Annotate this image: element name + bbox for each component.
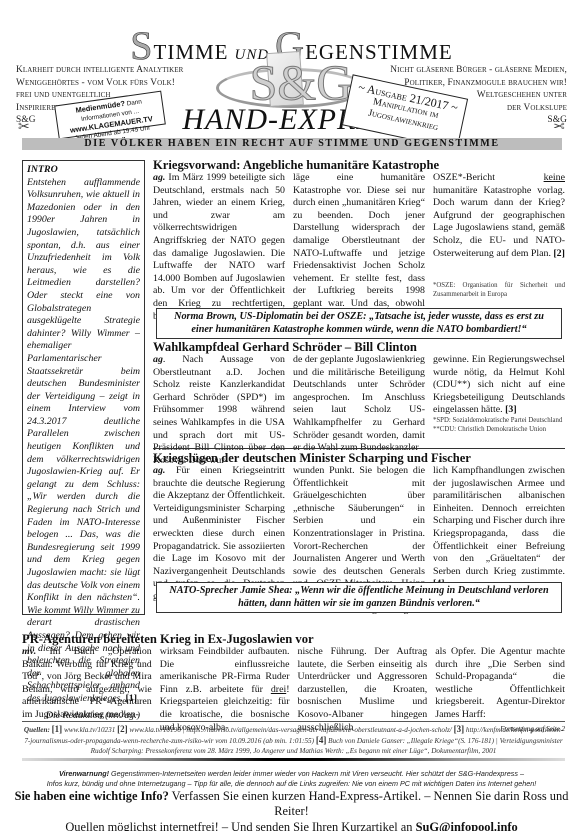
author-initials: ag. (153, 465, 165, 476)
column-text: humanitäre Katastrophe vorlag. Doch waru… (433, 185, 565, 259)
virus-warning-line2: Infos kurz, bündig und ohne Internetzuga… (0, 779, 583, 789)
masthead: StimmeundGegenstimme Klarheit durch inte… (0, 0, 583, 150)
ref-marker: [3] (505, 404, 517, 415)
article-headline: PR-Agenturen bereiteten Krieg in Ex-Jugo… (22, 632, 565, 646)
article-columns: ag. Im März 1999 beteiligte sich Deutsch… (153, 172, 565, 323)
emphasis-text: keine (544, 172, 565, 183)
scissors-icon: ✂ (553, 119, 565, 136)
footnote: **CDU: Christlich Demokratische Union (433, 426, 565, 435)
quote-box-brown: Norma Brown, US-Diplomatin bei der OSZE:… (156, 308, 562, 339)
intro-heading: INTRO (27, 164, 140, 177)
virus-warning-label: Virenwarnung! (59, 769, 109, 778)
contact-email-link[interactable]: SuG@infopool.info (416, 820, 518, 831)
intro-text-wrap: Entstehen aufflammende Volksunruhen, wie… (27, 177, 140, 706)
column-text: Im März 1999 beteiligte sich Deutschland… (153, 172, 285, 322)
sources-block: Quellen: [1] www.kla.tv/10231 [2] www.kl… (22, 724, 565, 756)
article-kriegsvorwand: Kriegsvorwand: Angebliche humanitäre Kat… (153, 158, 565, 323)
scissors-icon: ✂ (18, 119, 30, 136)
article-column: OSZE*-Bericht keine humanitäre Katastrop… (433, 172, 565, 323)
call-bold: Sie haben eine wichtige Info? (15, 789, 169, 803)
call-text: Verfassen Sie einen kurzen Hand-Express-… (169, 789, 569, 818)
virus-warning-text: Gegenstimmen-Internetseiten werden leide… (109, 769, 524, 778)
sources-bottom-rule (22, 758, 565, 761)
intro-text: Entstehen aufflammende Volksunruhen, wie… (27, 177, 140, 704)
tagline-right-line: Nicht gläserne Bürger - gläserne Medien, (390, 64, 567, 77)
intro-box: INTRO Entstehen aufflammende Volksunruhe… (22, 160, 145, 615)
emphasis-text: drei (271, 684, 286, 695)
article-headline: Kriegsvorwand: Angebliche humanitäre Kat… (153, 158, 565, 172)
source-link[interactable]: www.kla.tv/10196 | https://nuoviso.tv/al… (128, 726, 454, 734)
footnote: *SPD: Sozialdemokratische Partei Deutsch… (433, 417, 565, 426)
source-number: [1] (52, 724, 63, 734)
article-headline: Wahlkampfdeal Gerhard Schröder – Bill Cl… (153, 340, 565, 354)
column-text: als Opfer. Die Agentur machte durch ihre… (435, 646, 565, 720)
article-divider (153, 448, 565, 449)
source-number: [2] (117, 724, 128, 734)
call-to-action: Sie haben eine wichtige Info? Verfassen … (0, 789, 583, 819)
call-to-action-line2: Quellen möglichst internetfrei! – Und se… (0, 820, 583, 831)
source-number: [3] (454, 724, 465, 734)
article-column: ag. Im März 1999 beteiligte sich Deutsch… (153, 172, 285, 323)
footer: Virenwarnung! Gegenstimmen-Internetseite… (0, 769, 583, 831)
author-initials: mv. (22, 646, 36, 657)
column-text: lich Kampfhandlungen zwischen der jugosl… (433, 465, 565, 577)
quote-box-shea: NATO-Sprecher Jamie Shea: „Wenn wir die … (156, 582, 562, 613)
source-link[interactable]: www.kla.tv/10231 (62, 726, 117, 734)
slogan-bar: DIE VÖLKER HABEN EIN RECHT AUF STIMME UN… (22, 138, 562, 150)
virus-warning: Virenwarnung! Gegenstimmen-Internetseite… (0, 769, 583, 779)
author-initials: ag. (153, 172, 165, 183)
column-text: Im Buch „Operation Balkan: Werbung für K… (22, 646, 152, 720)
author-initials: ag (153, 354, 163, 365)
title-initial-s: S (130, 23, 153, 68)
article-pr-agenturen: PR-Agenturen bereiteten Krieg in Ex-Jugo… (22, 632, 565, 735)
column-text: gewinne. Ein Regierungswechsel wurde nöt… (433, 354, 565, 415)
tagline-left-line: Klarheit durch intelligente Analytiker (16, 64, 183, 77)
tagline-left-line: Weniggehörtes - vom Volk fürs Volk! (16, 77, 183, 90)
column-text: OSZE*-Bericht (433, 172, 544, 183)
ref-marker: [2] (553, 248, 565, 259)
source-number: [4] (316, 735, 327, 745)
sources-label: Quellen: (24, 726, 50, 734)
footnote: *OSZE: Organisation für Sicherheit und Z… (433, 282, 565, 299)
article-headline: Kriegslügen der deutschen Minister Schar… (153, 451, 565, 465)
article-column: läge eine humanitäre Katastrophe vor. Di… (293, 172, 425, 323)
call-text: Quellen möglichst internetfrei! – Und se… (65, 820, 415, 831)
sources-rule (22, 721, 565, 722)
sg-logo: S&G (216, 54, 366, 110)
